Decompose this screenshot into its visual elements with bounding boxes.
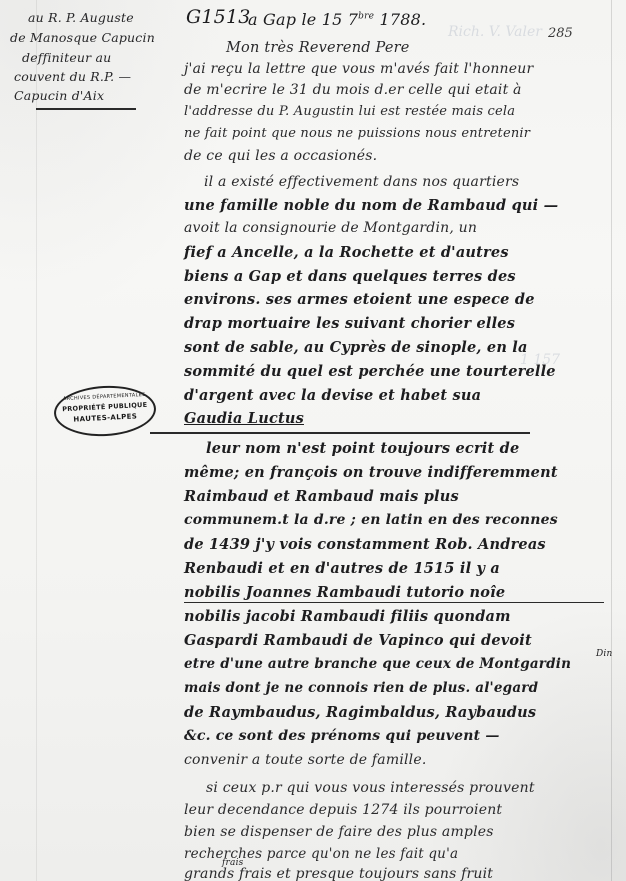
margin-note-line: couvent du R.P. —	[14, 69, 131, 84]
section-divider	[150, 432, 530, 434]
body-line: fief a Ancelle, a la Rochette et d'autre…	[184, 244, 509, 261]
body-line: communem.t la d.re ; en latin en des rec…	[184, 512, 558, 528]
salutation: Mon très Reverend Pere	[226, 40, 410, 56]
body-line: Renbaudi et en d'autres de 1515 il y a	[184, 560, 500, 577]
body-line: de Raymbaudus, Ragimbaldus, Raybaudus	[184, 704, 536, 721]
body-line: bien se dispenser de faire des plus ampl…	[184, 824, 494, 840]
date-year: 1788.	[379, 10, 426, 29]
margin-note-line: Capucin d'Aix	[14, 88, 104, 103]
date-month-superscript: bre	[358, 12, 374, 22]
body-line: ne fait point que nous ne puissions nous…	[184, 126, 530, 141]
document-page: Rich. V. Valer 1 157 au R. P. Auguste de…	[0, 0, 626, 881]
archive-reference: G1513	[186, 6, 251, 28]
body-line: si ceux p.r qui vous vous interessés pro…	[206, 780, 535, 796]
margin-note-line: de Manosque Capucin	[10, 30, 155, 45]
body-line: environs. ses armes etoient une espece d…	[184, 291, 535, 308]
body-line: drap mortuaire les suivant chorier elles	[184, 315, 515, 332]
body-line: leur nom n'est point toujours ecrit de	[206, 440, 519, 457]
body-line: nobilis Joannes Rambaudi tutorio noîe	[184, 584, 505, 601]
body-line: il a existé effectivement dans nos quart…	[204, 174, 519, 190]
body-line: &c. ce sont des prénoms qui peuvent —	[184, 728, 500, 744]
body-line: d'argent avec la devise et habet sua	[184, 387, 481, 404]
stamp-line: HAUTES-ALPES	[56, 411, 154, 424]
body-line: biens a Gap et dans quelques terres des	[184, 268, 516, 285]
margin-note-line: au R. P. Auguste	[28, 10, 134, 25]
place-date: a Gap le 15 7bre 1788.	[248, 10, 426, 29]
body-line: une famille noble du nom de Rambaud qui …	[184, 197, 558, 214]
body-line: sommité du quel est perchée une tourtere…	[184, 363, 556, 380]
body-line: grands frais et presque toujours sans fr…	[184, 866, 493, 881]
body-line: Gaspardi Rambaudi de Vapinco qui devoit	[184, 632, 532, 649]
body-line: l'addresse du P. Augustin lui est restée…	[184, 104, 515, 119]
paper-edge-right	[611, 0, 612, 881]
margin-note-underline	[36, 108, 136, 110]
body-line: Raimbaud et Rambaud mais plus	[184, 488, 459, 505]
body-line: convenir a toute sorte de famille.	[184, 752, 426, 768]
bleedthrough-text-top: Rich. V. Valer	[448, 24, 542, 40]
body-line: de ce qui les a occasionés.	[184, 148, 377, 164]
interlinear-insertion: Din	[596, 649, 613, 659]
body-line: j'ai reçu la lettre que vous m'avés fait…	[184, 61, 533, 77]
body-line: de 1439 j'y vois constamment Rob. Andrea…	[184, 536, 546, 553]
body-line: avoit la consignourie de Montgardin, un	[184, 220, 477, 236]
underline	[184, 602, 604, 603]
body-line: même; en françois on trouve indifferemme…	[184, 464, 558, 481]
body-line: de m'ecrire le 31 du mois d.er celle qui…	[184, 82, 522, 98]
margin-note-line: deffiniteur au	[22, 50, 111, 65]
body-line: sont de sable, au Cyprès de sinople, en …	[184, 339, 528, 356]
folio-number: 285	[548, 26, 573, 41]
body-line: etre d'une autre branche que ceux de Mon…	[184, 656, 571, 672]
body-line: leur decendance depuis 1274 ils pourroie…	[184, 802, 502, 818]
body-line: nobilis jacobi Rambaudi filiis quondam	[184, 608, 511, 625]
motto-line: Gaudia Luctus	[184, 410, 304, 427]
body-line: mais dont je ne connois rien de plus. al…	[184, 680, 538, 696]
paper-fold-left	[36, 0, 37, 881]
place-date-text: a Gap le 15 7	[248, 10, 358, 29]
